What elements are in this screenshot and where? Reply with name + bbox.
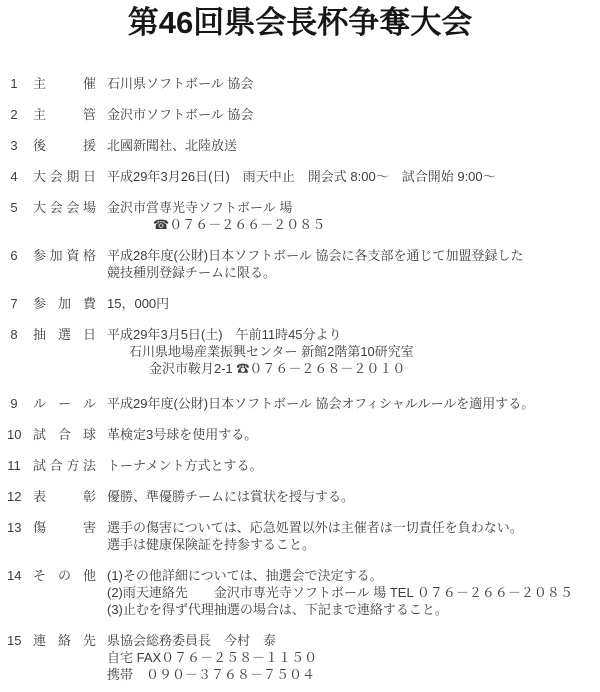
item-number: 8 [7, 326, 21, 343]
item-line: 平成28年度(公財)日本ソフトボール 協会に各支部を通じて加盟登録した [107, 247, 523, 264]
item-label: 大会会場 [33, 199, 96, 216]
item-content: 優勝、準優勝チームには賞状を授与する。 [107, 488, 354, 505]
item-number: 12 [7, 488, 21, 505]
item-line: 優勝、準優勝チームには賞状を授与する。 [107, 488, 354, 505]
item-number: 7 [7, 295, 21, 312]
item-content: 平成29年3月26日(日) 雨天中止 開会式 8:00～ 試合開始 9:00～ [107, 168, 496, 185]
item-content: トーナメント方式とする。 [107, 457, 262, 474]
item-row-format: 11 試合方法 トーナメント方式とする。 [0, 457, 600, 474]
item-row-misc: 14 その他 (1)その他詳細については、抽選会で決定する。 (2)雨天連絡先 … [0, 567, 600, 618]
item-line: トーナメント方式とする。 [107, 457, 262, 474]
item-row-eligibility: 6 参加資格 平成28年度(公財)日本ソフトボール 協会に各支部を通じて加盟登録… [0, 247, 600, 281]
item-label: 表彰 [33, 488, 96, 505]
item-line: 石川県地場産業振興センター 新館2階第10研究室 [129, 343, 414, 360]
item-line: (3)止むを得ず代理抽選の場合は、下記まで連絡すること。 [107, 601, 573, 618]
item-row-date: 4 大会期日 平成29年3月26日(日) 雨天中止 開会式 8:00～ 試合開始… [0, 168, 600, 185]
item-row-fee: 7 参加費 15，000円 [0, 295, 600, 312]
item-content: 平成29年3月5日(土) 午前11時45分より 石川県地場産業振興センター 新館… [107, 326, 414, 377]
item-line: 選手の傷害については、応急処置以外は主催者は一切責任を負わない。 [107, 519, 523, 536]
item-row-ball: 10 試合球 革検定3号球を使用する。 [0, 426, 600, 443]
item-content: 県協会総務委員長 今村 泰 自宅 FAX０７６－２５８－１１５０ 携帯 ０９０－… [107, 632, 317, 683]
contact-person-line: 県協会総務委員長 今村 泰 [107, 632, 317, 649]
item-label: 参加費 [33, 295, 96, 312]
item-content: 革検定3号球を使用する。 [107, 426, 257, 443]
item-label: 抽選日 [33, 326, 96, 343]
item-content: 金沢市ソフトボール 協会 [107, 106, 253, 123]
item-content: 平成29年度(公財)日本ソフトボール 協会オフィシャルルールを適用する。 [107, 395, 534, 412]
item-line: 平成29年度(公財)日本ソフトボール 協会オフィシャルルールを適用する。 [107, 395, 534, 412]
item-number: 15 [7, 632, 21, 649]
item-label: その他 [33, 567, 96, 584]
item-label: 連絡先 [33, 632, 96, 649]
item-number: 10 [7, 426, 21, 443]
item-label: 試合球 [33, 426, 96, 443]
item-line: 金沢市ソフトボール 協会 [107, 106, 253, 123]
item-label: 試合方法 [33, 457, 96, 474]
item-row-venue: 5 大会会場 金沢市営専光寺ソフトボール 場 ☎０７６－２６６－２０８５ [0, 199, 600, 233]
item-row-host: 1 主催 石川県ソフトボール 協会 [0, 75, 600, 92]
item-row-lottery: 8 抽選日 平成29年3月5日(土) 午前11時45分より 石川県地場産業振興セ… [0, 326, 600, 377]
rain-contact-line: (2)雨天連絡先 金沢市専光寺ソフトボール 場 TEL ０７６－２６６－２０８５ [107, 584, 573, 601]
item-line: 選手は健康保険証を持参すること。 [107, 536, 523, 553]
item-line: 北國新聞社、北陸放送 [107, 137, 237, 154]
item-label: 傷害 [33, 519, 96, 536]
item-content: 15，000円 [107, 295, 169, 312]
item-line: 平成29年3月5日(土) 午前11時45分より [107, 326, 414, 343]
item-line: 15，000円 [107, 295, 169, 312]
item-label: 参加資格 [33, 247, 96, 264]
document-title: 第46回県会長杯争奪大会 [0, 5, 600, 41]
item-number: 1 [7, 75, 21, 92]
item-line: 競技種別登録チームに限る。 [107, 264, 523, 281]
item-line: (1)その他詳細については、抽選会で決定する。 [107, 567, 573, 584]
item-label: 主催 [33, 75, 96, 92]
item-line: 平成29年3月26日(日) 雨天中止 開会式 8:00～ 試合開始 9:00～ [107, 168, 496, 185]
item-number: 9 [7, 395, 21, 412]
item-number: 13 [7, 519, 21, 536]
item-line: 石川県ソフトボール 協会 [107, 75, 253, 92]
item-row-contact: 15 連絡先 県協会総務委員長 今村 泰 自宅 FAX０７６－２５８－１１５０ … [0, 632, 600, 683]
item-number: 3 [7, 137, 21, 154]
item-content: 金沢市営専光寺ソフトボール 場 ☎０７６－２６６－２０８５ [107, 199, 325, 233]
item-label: 大会期日 [33, 168, 96, 185]
item-number: 14 [7, 567, 21, 584]
item-content: 平成28年度(公財)日本ソフトボール 協会に各支部を通じて加盟登録した 競技種別… [107, 247, 523, 281]
venue-phone-line: ☎０７６－２６６－２０８５ [153, 216, 325, 233]
item-row-rules: 9 ルール 平成29年度(公財)日本ソフトボール 協会オフィシャルルールを適用す… [0, 395, 600, 412]
item-line: 革検定3号球を使用する。 [107, 426, 257, 443]
item-label: 主管 [33, 106, 96, 123]
tournament-announcement-document: 第46回県会長杯争奪大会 1 主催 石川県ソフトボール 協会 2 主管 金沢市ソ… [0, 5, 600, 683]
item-row-organizer: 2 主管 金沢市ソフトボール 協会 [0, 106, 600, 123]
item-number: 5 [7, 199, 21, 216]
item-number: 11 [7, 457, 21, 474]
item-content: (1)その他詳細については、抽選会で決定する。 (2)雨天連絡先 金沢市専光寺ソ… [107, 567, 573, 618]
item-line: 金沢市営専光寺ソフトボール 場 [107, 199, 325, 216]
item-number: 2 [7, 106, 21, 123]
item-row-awards: 12 表彰 優勝、準優勝チームには賞状を授与する。 [0, 488, 600, 505]
item-content: 石川県ソフトボール 協会 [107, 75, 253, 92]
item-label: 後援 [33, 137, 96, 154]
item-label: ルール [33, 395, 96, 412]
item-number: 6 [7, 247, 21, 264]
contact-fax-line: 自宅 FAX０７６－２５８－１１５０ [107, 649, 317, 666]
item-content: 北國新聞社、北陸放送 [107, 137, 237, 154]
lottery-phone-line: 金沢市鞍月2-1 ☎０７６－２６８－２０１０ [149, 360, 414, 377]
item-row-sponsor: 3 後援 北國新聞社、北陸放送 [0, 137, 600, 154]
contact-mobile-line: 携帯 ０９０－３７６８－７５０４ [107, 666, 317, 683]
item-row-injury: 13 傷害 選手の傷害については、応急処置以外は主催者は一切責任を負わない。 選… [0, 519, 600, 553]
item-content: 選手の傷害については、応急処置以外は主催者は一切責任を負わない。 選手は健康保険… [107, 519, 523, 553]
item-number: 4 [7, 168, 21, 185]
